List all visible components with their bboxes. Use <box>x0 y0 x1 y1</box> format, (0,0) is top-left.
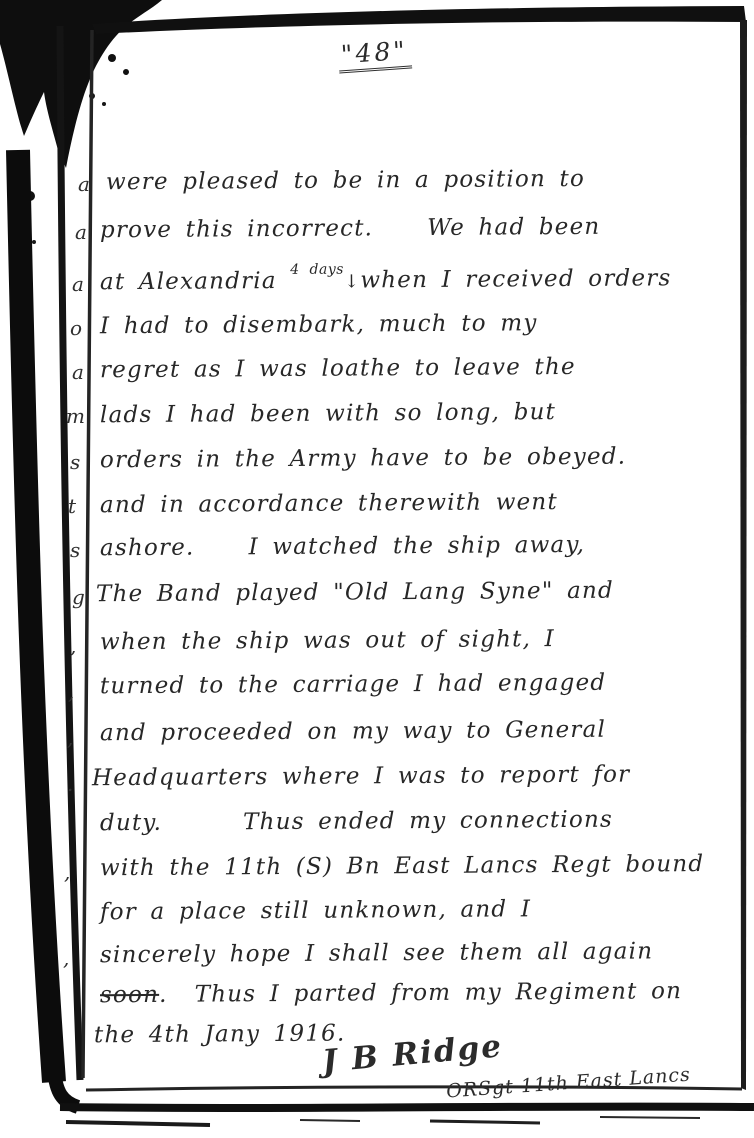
line-text: I had to disembark, much to my <box>100 310 538 339</box>
line-text: with the 11th (S) Bn East Lancs Regt bou… <box>100 851 704 881</box>
margin-fragment: s <box>70 538 90 562</box>
margin-fragment: t <box>68 494 88 518</box>
margin-fragment: , <box>64 860 84 884</box>
manuscript-line: with the 11th (S) Bn East Lancs Regt bou… <box>100 852 748 882</box>
line-text: orders in the Army have to be obeyed. <box>100 444 626 474</box>
page-number-value: "48" <box>337 35 412 73</box>
manuscript-line: orders in the Army have to be obeyed. <box>100 444 748 474</box>
manuscript-line: The Band played "Old Lang Syne" and <box>96 578 744 608</box>
line-text: The Band played "Old Lang Syne" and <box>96 578 614 608</box>
margin-fragment: m <box>66 404 86 428</box>
margin-fragment: s <box>70 450 90 474</box>
insertion-caret: ↓ <box>344 271 360 292</box>
line-text: and in accordance therewith went <box>100 489 558 518</box>
line-text: lads I had been with so long, but <box>100 399 556 428</box>
manuscript-line: and in accordance therewith went <box>100 489 748 519</box>
line-text: Headquarters where I was to report for <box>92 762 631 792</box>
margin-fragment: a <box>78 172 98 196</box>
margin-fragment: a <box>72 360 92 384</box>
manuscript-line: turned to the carriage I had engaged <box>100 670 748 700</box>
line-text: at Alexandria <box>100 268 290 295</box>
manuscript-line: at Alexandria 4 days↓when I received ord… <box>100 266 748 296</box>
line-text: . Thus I parted from my Regiment on <box>159 978 682 1008</box>
manuscript-line: soon. Thus I parted from my Regiment on <box>100 979 748 1009</box>
margin-fragment: a <box>75 220 95 244</box>
margin-fragment: . <box>67 772 87 796</box>
line-text: regret as I was loathe to leave the <box>100 354 576 383</box>
margin-fragment: , <box>63 946 83 970</box>
manuscript-line: Headquarters where I was to report for <box>92 762 740 792</box>
line-text: prove this incorrect. We had been <box>100 214 601 243</box>
line-text: for a place still unknown, and I <box>100 896 531 925</box>
margin-fragment: , <box>68 680 88 704</box>
handwritten-text: "48" were pleased to be in a position to… <box>0 0 754 1138</box>
line-text: sincerely hope I shall see them all agai… <box>100 938 653 968</box>
margin-fragment: , <box>67 726 87 750</box>
manuscript-line: when the ship was out of sight, I <box>100 626 748 656</box>
manuscript-line: lads I had been with so long, but <box>100 399 748 429</box>
struck-word: soon <box>100 982 159 1008</box>
line-text: the 4th Jany 1916. <box>94 1021 346 1049</box>
line-text: were pleased to be in a position to <box>106 166 585 195</box>
manuscript-line: duty. Thus ended my connections <box>100 807 748 837</box>
line-text: ashore. I watched the ship away, <box>100 532 585 561</box>
manuscript-line: were pleased to be in a position to <box>106 166 754 196</box>
manuscript-line: sincerely hope I shall see them all agai… <box>100 939 748 969</box>
margin-fragment: a <box>72 272 92 296</box>
manuscript-line: prove this incorrect. We had been <box>100 214 748 244</box>
line-text: turned to the carriage I had engaged <box>100 670 606 700</box>
line-text: duty. Thus ended my connections <box>100 807 613 837</box>
margin-fragment: o <box>70 316 90 340</box>
inserted-text: 4 days <box>290 262 344 278</box>
line-text: when I received orders <box>360 265 671 293</box>
page-number: "48" <box>337 35 412 69</box>
scanned-manuscript-page: "48" were pleased to be in a position to… <box>0 0 754 1138</box>
signature-rank-unit: ORSgt 11th East Lancs <box>446 1063 692 1102</box>
line-text: when the ship was out of sight, I <box>100 626 555 655</box>
margin-fragment: , <box>70 634 90 658</box>
manuscript-line: and proceeded on my way to General <box>100 717 748 747</box>
margin-fragment: g <box>72 585 92 609</box>
manuscript-line: for a place still unknown, and I <box>100 896 748 926</box>
manuscript-line: ashore. I watched the ship away, <box>100 532 748 562</box>
manuscript-line: regret as I was loathe to leave the <box>100 354 748 384</box>
line-text: and proceeded on my way to General <box>100 717 606 747</box>
manuscript-line: I had to disembark, much to my <box>100 310 748 340</box>
